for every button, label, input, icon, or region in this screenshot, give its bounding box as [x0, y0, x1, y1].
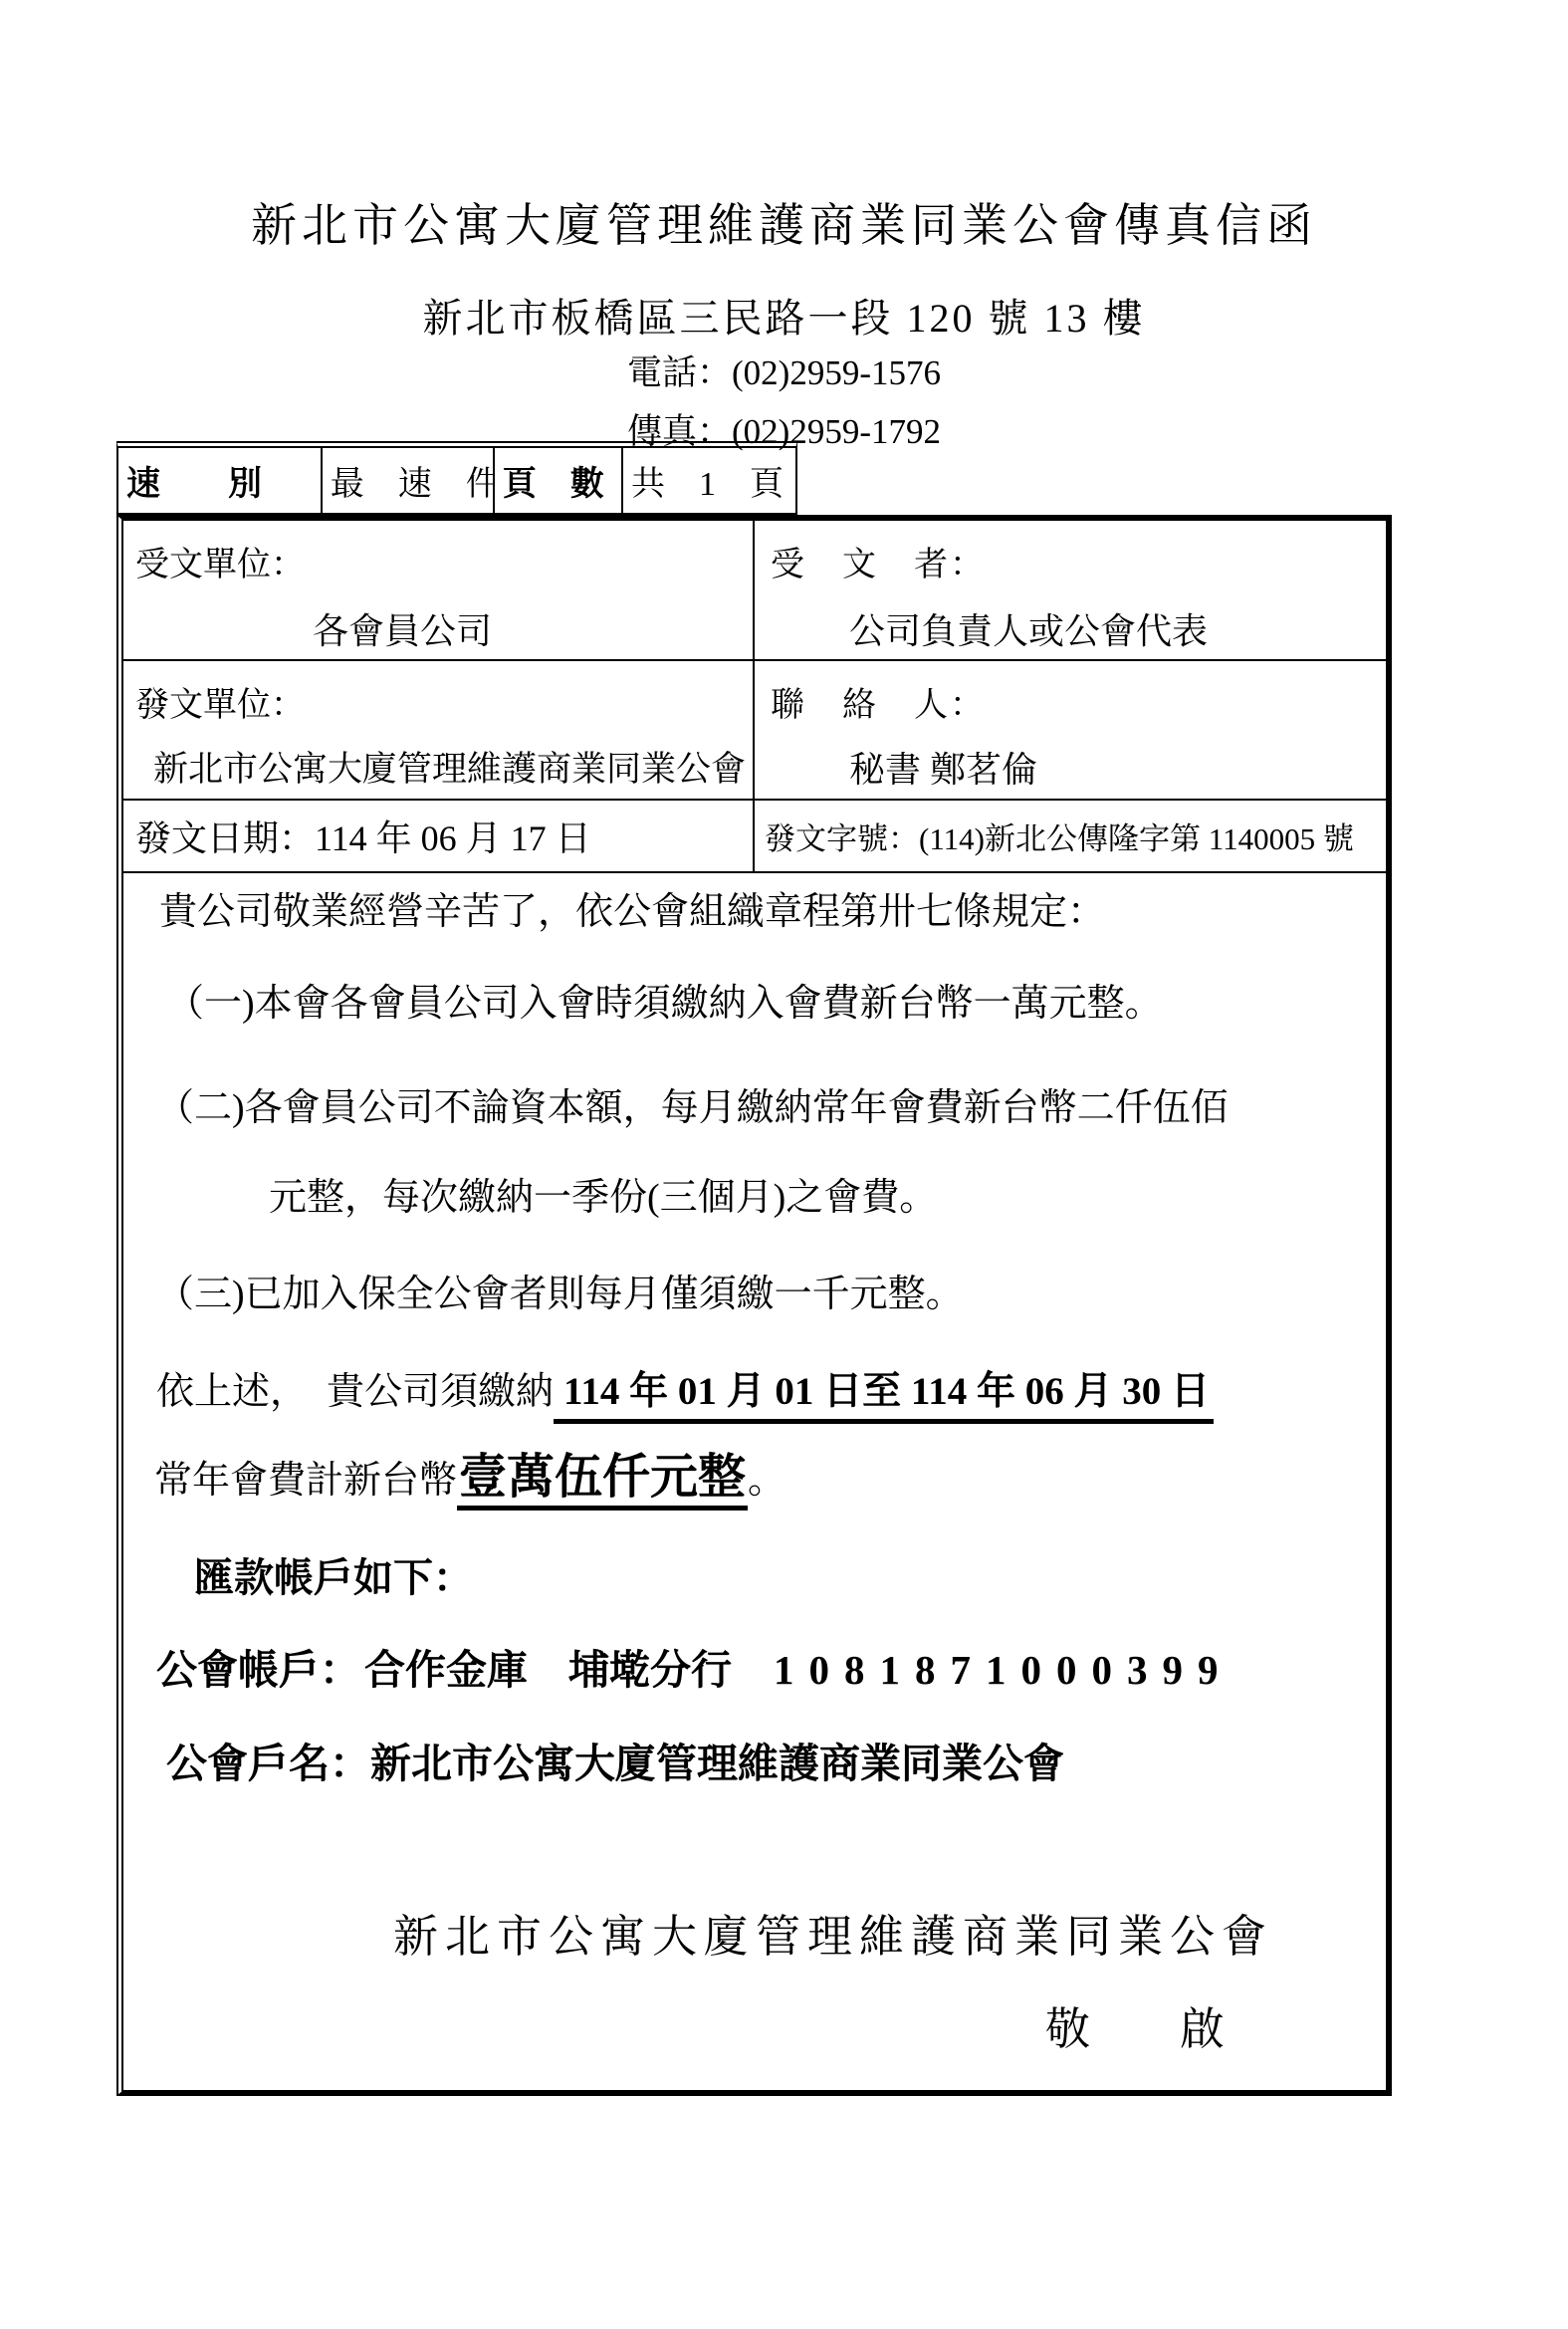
intro-paragraph: 貴公司敬業經營辛苦了，依公會組織章程第卅七條規定： — [159, 887, 1378, 937]
sender-row: 發文單位： 新北市公寓大廈管理維護商業同業公會 聯 絡 人： 秘書 鄭茗倫 — [123, 661, 1386, 801]
contact-value: 秘書 鄭茗倫 — [755, 726, 1386, 793]
signature-closing: 敬 啟 — [1045, 1992, 1378, 2057]
recipient-value: 公司負責人或公會代表 — [755, 585, 1386, 654]
recipient-unit-label: 受文單位： — [123, 521, 753, 585]
issue-date-label: 發文日期： — [135, 811, 315, 861]
letter-body: 貴公司敬業經營辛苦了，依公會組織章程第卅七條規定： （一)本會各會員公司入會時須… — [123, 873, 1386, 2088]
fee-line: 常年會費計新台幣壹萬伍仟元整。 — [154, 1453, 1378, 1506]
fax-info-table: 受文單位： 各會員公司 受 文 者： 公司負責人或公會代表 發文單位： 新北市公… — [116, 515, 1392, 2096]
date-number-row: 發文日期：114 年 06 月 17 日 發文字號：(114)新北公傳隆字第 1… — [123, 801, 1386, 873]
recipient-cell: 受 文 者： 公司負責人或公會代表 — [755, 521, 1386, 659]
sender-unit-label: 發文單位： — [123, 661, 753, 726]
recipient-unit-value: 各會員公司 — [123, 585, 753, 654]
fee-amount: 壹萬伍仟元整 — [457, 1451, 748, 1511]
holder-value: 新北市公寓大廈管理維護商業同業公會 — [370, 1741, 1064, 1786]
fee-suffix: 。 — [748, 1460, 785, 1502]
rule-item-3: （三)已加入保全公會者則每月僅須繳一千元整。 — [156, 1270, 1378, 1319]
speed-category-value: 最 速 件 — [323, 448, 495, 513]
rule-item-2-line-2: 元整，每次繳納一季份(三個月)之會費。 — [269, 1173, 1378, 1223]
holder-line: 公會戶名：新北市公寓大廈管理維護商業同業公會 — [166, 1739, 1378, 1788]
holder-label: 公會戶名： — [166, 1741, 370, 1786]
sender-unit-value: 新北市公寓大廈管理維護商業同業公會 — [123, 726, 753, 792]
due-period-line: 依上述， 貴公司須繳納114 年 01 月 01 日至 114 年 06 月 3… — [156, 1367, 1378, 1417]
recipient-row: 受文單位： 各會員公司 受 文 者： 公司負責人或公會代表 — [123, 521, 1386, 661]
fee-prefix: 常年會費計新台幣 — [154, 1460, 457, 1502]
signature-organization: 新北市公寓大廈管理維護商業同業公會 — [393, 1900, 1378, 1965]
doc-number-cell: 發文字號：(114)新北公傳隆字第 1140005 號 — [755, 801, 1386, 871]
rule-item-2-line-1: （二)各會員公司不論資本額，每月繳納常年會費新台幣二仟伍佰 — [156, 1083, 1378, 1133]
due-period: 114 年 01 月 01 日至 114 年 06 月 30 日 — [554, 1370, 1214, 1424]
rule-item-1: （一)本會各會員公司入會時須繳納入會費新台幣一萬元整。 — [166, 979, 1378, 1029]
account-bank: 合作金庫 埔墘分行 — [364, 1647, 732, 1693]
page-count-label: 頁 數 — [495, 448, 623, 513]
organization-address: 新北市板橋區三民路一段 120 號 13 樓 — [0, 287, 1568, 344]
issue-date-value: 114 年 06 月 17 日 — [315, 811, 591, 861]
account-line: 公會帳戶：合作金庫 埔墘分行1081871000399 — [156, 1645, 1378, 1695]
speed-table: 速 別 最 速 件 頁 數 共 1 頁 — [116, 441, 797, 515]
doc-number-value: (114)新北公傳隆字第 1140005 號 — [919, 814, 1354, 858]
doc-number-label: 發文字號： — [765, 814, 919, 858]
speed-category-label: 速 別 — [118, 448, 323, 513]
remittance-heading: 匯款帳戶如下： — [194, 1553, 1378, 1603]
recipient-label: 受 文 者： — [755, 521, 1386, 585]
recipient-unit-cell: 受文單位： 各會員公司 — [123, 521, 755, 659]
sender-unit-cell: 發文單位： 新北市公寓大廈管理維護商業同業公會 — [123, 661, 755, 799]
organization-phone: 電話：(02)2959-1576 — [0, 346, 1568, 395]
page-count-value: 共 1 頁 — [623, 448, 795, 513]
account-number: 1081871000399 — [774, 1647, 1233, 1693]
due-prefix: 依上述， 貴公司須繳納 — [156, 1371, 554, 1413]
account-label: 公會帳戶： — [156, 1647, 360, 1693]
contact-cell: 聯 絡 人： 秘書 鄭茗倫 — [755, 661, 1386, 799]
document-title: 新北市公寓大廈管理維護商業同業公會傳真信函 — [0, 189, 1568, 255]
issue-date-cell: 發文日期：114 年 06 月 17 日 — [123, 801, 755, 871]
contact-label: 聯 絡 人： — [755, 661, 1386, 726]
fax-letter-page: 新北市公寓大廈管理維護商業同業公會傳真信函 新北市板橋區三民路一段 120 號 … — [0, 0, 1568, 2329]
